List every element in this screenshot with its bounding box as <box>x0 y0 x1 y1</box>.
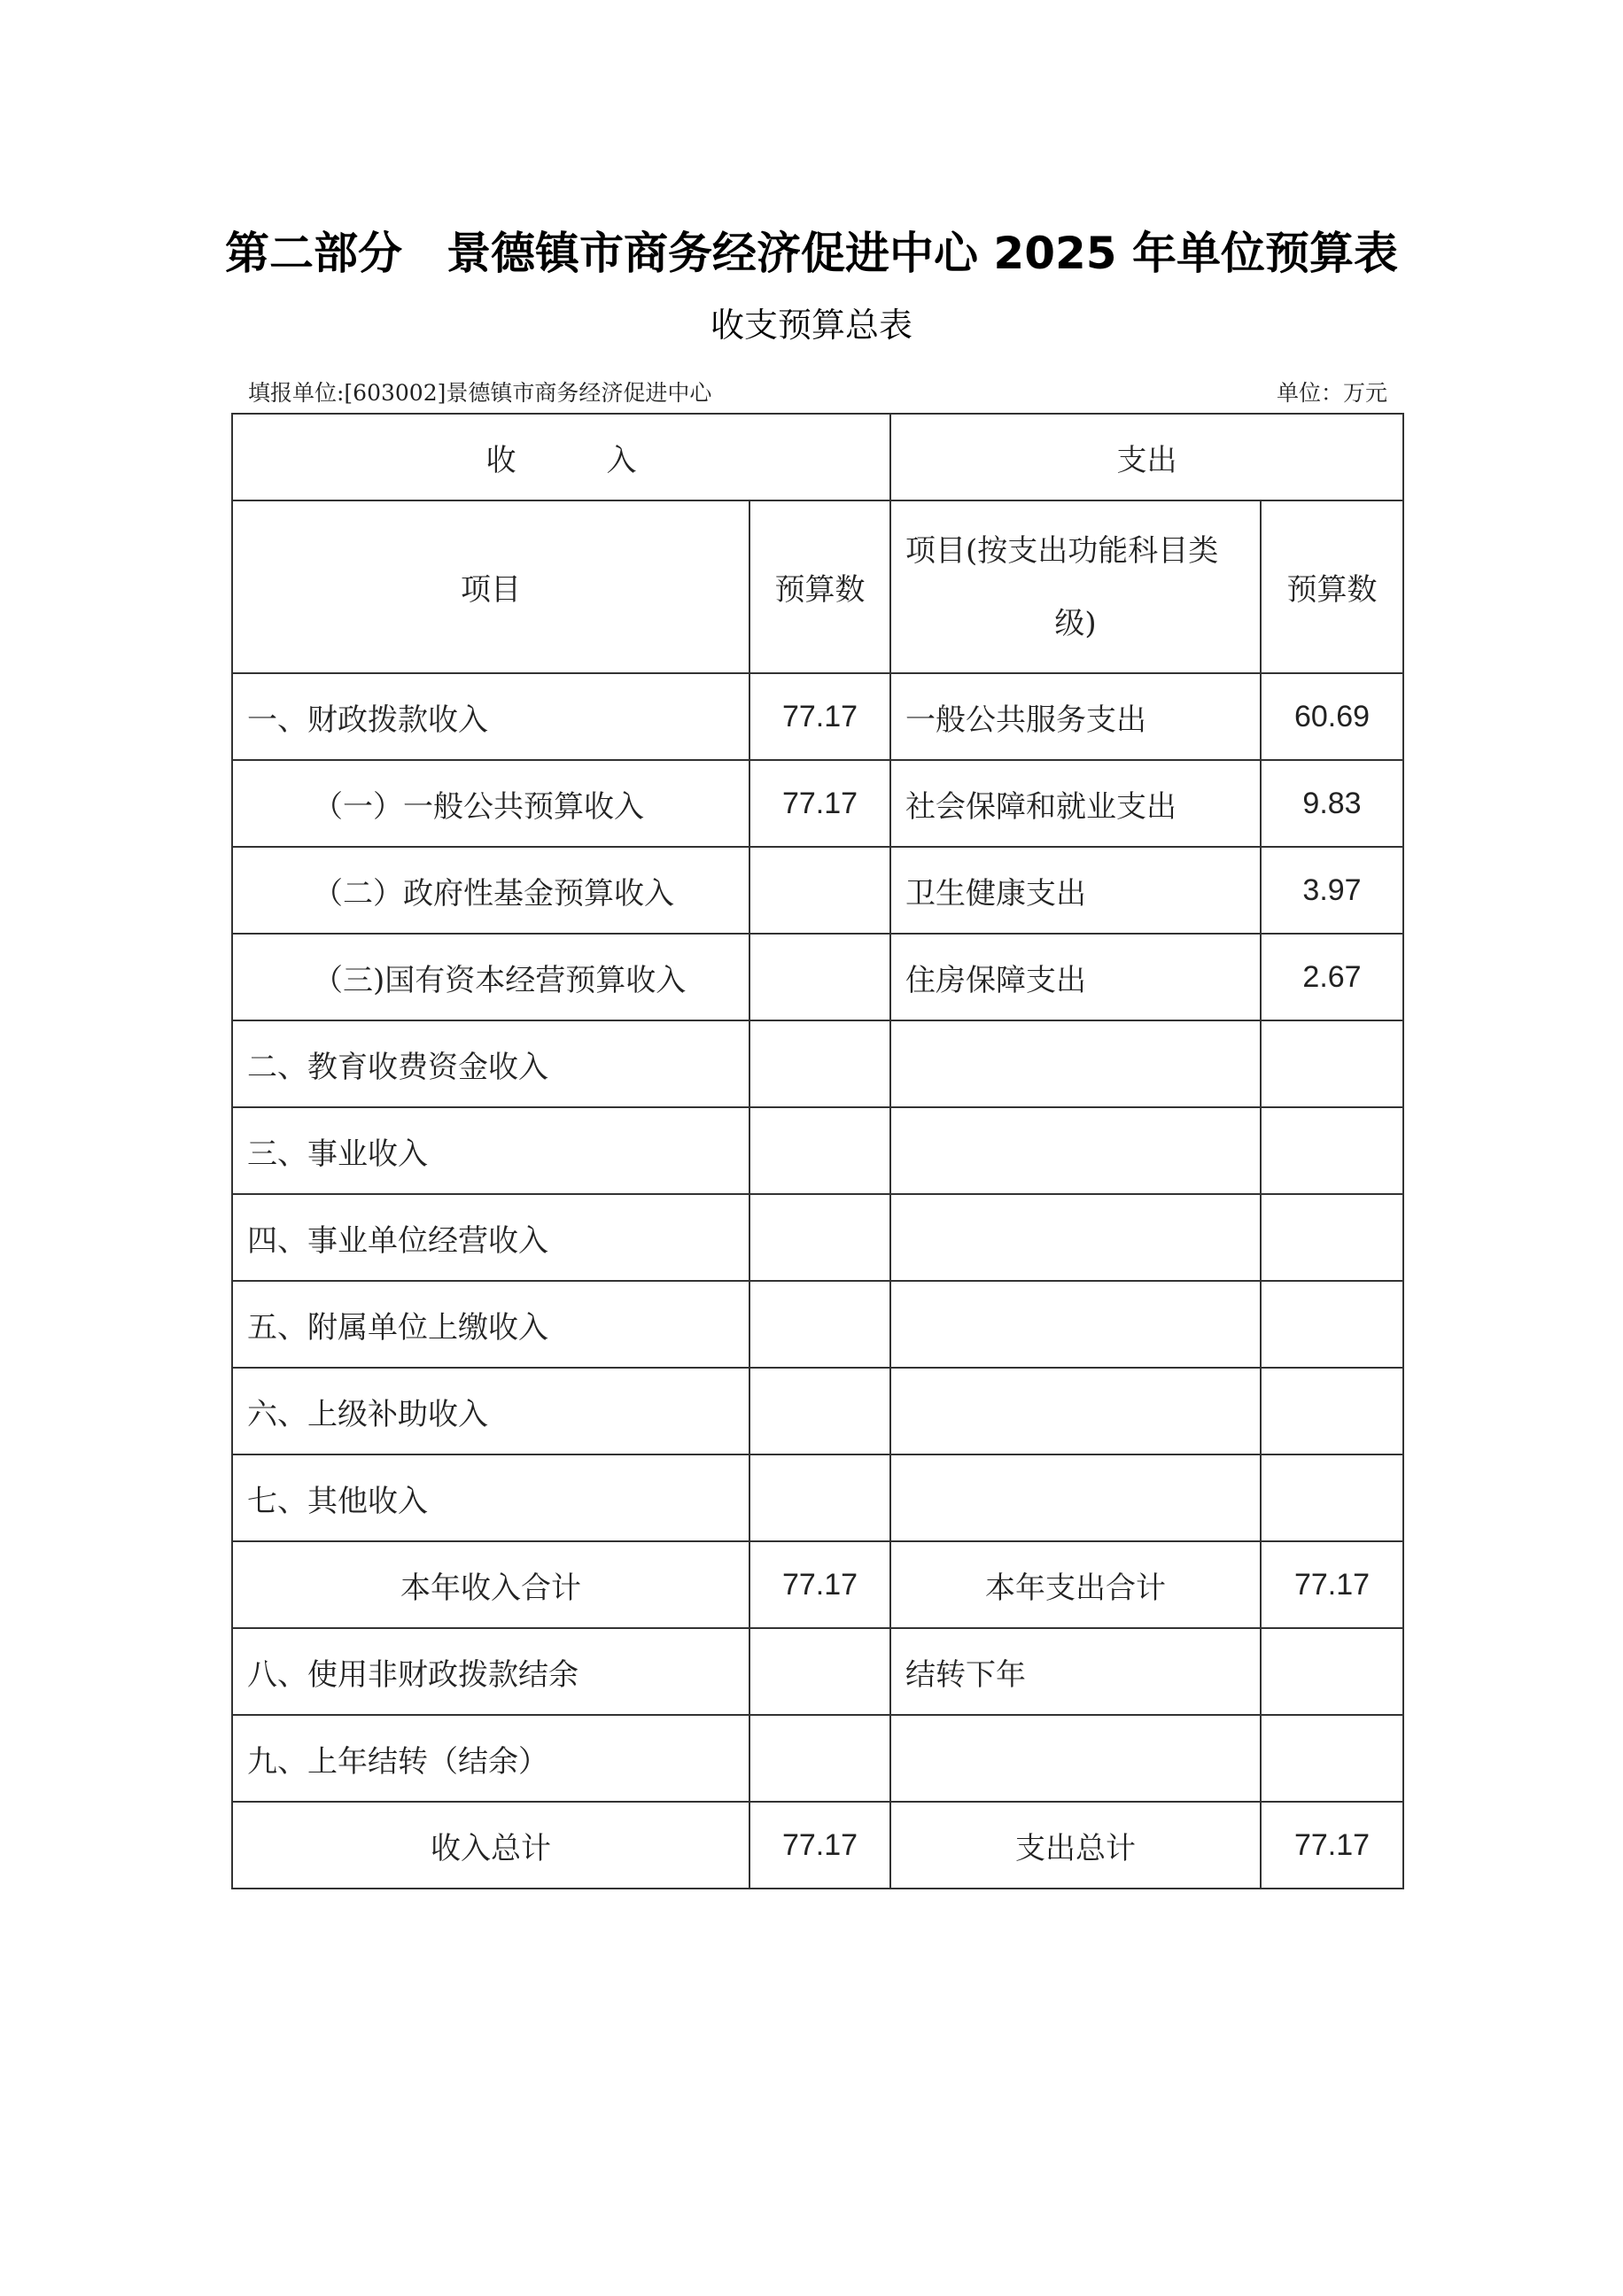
expense-item-header: 项目(按支出功能科目类 级) <box>890 500 1261 673</box>
income-subtotal-label: 本年收入合计 <box>232 1541 749 1628</box>
expense-amount: 9.83 <box>1261 760 1403 847</box>
income-amount <box>749 1454 890 1541</box>
income-amount: 77.17 <box>749 673 890 760</box>
income-item: 五、附属单位上缴收入 <box>232 1281 749 1368</box>
income-item-header: 项目 <box>232 500 749 673</box>
income-amount <box>749 1194 890 1281</box>
expense-item-header-line1: 项目(按支出功能科目类 <box>905 533 1218 569</box>
income-amount <box>749 934 890 1020</box>
expense-amount <box>1261 1020 1403 1107</box>
income-amount <box>749 1628 890 1715</box>
table-row: 一、财政拨款收入 77.17 一般公共服务支出 60.69 <box>232 673 1403 760</box>
income-item: 九、上年结转（结余） <box>232 1715 749 1802</box>
expense-item: 住房保障支出 <box>890 934 1261 1020</box>
income-amount-header: 预算数 <box>749 500 890 673</box>
expense-total-amount: 77.17 <box>1261 1802 1403 1889</box>
expense-item <box>890 1281 1261 1368</box>
table-row: （二）政府性基金预算收入 卫生健康支出 3.97 <box>232 847 1403 934</box>
expense-amount: 60.69 <box>1261 673 1403 760</box>
income-amount <box>749 847 890 934</box>
income-item: 四、事业单位经营收入 <box>232 1194 749 1281</box>
expense-amount <box>1261 1281 1403 1368</box>
section-header-row: 收 入 支出 <box>232 414 1403 500</box>
income-amount <box>749 1368 890 1454</box>
expense-item-header-line2: 级) <box>905 587 1260 660</box>
table-row: （三)国有资本经营预算收入 住房保障支出 2.67 <box>232 934 1403 1020</box>
expense-item <box>890 1020 1261 1107</box>
grand-total-row: 收入总计 77.17 支出总计 77.17 <box>232 1802 1403 1889</box>
expense-amount <box>1261 1454 1403 1541</box>
income-item: （一）一般公共预算收入 <box>232 760 749 847</box>
currency-unit: 单位：万元 <box>1277 376 1387 407</box>
subtotal-row: 本年收入合计 77.17 本年支出合计 77.17 <box>232 1541 1403 1628</box>
income-amount <box>749 1281 890 1368</box>
income-amount <box>749 1107 890 1194</box>
income-item: 六、上级补助收入 <box>232 1368 749 1454</box>
reporting-unit: 填报单位:[603002]景德镇市商务经济促进中心 <box>248 376 711 407</box>
income-amount: 77.17 <box>749 760 890 847</box>
budget-summary-table: 收 入 支出 项目 预算数 项目(按支出功能科目类 级) 预算数 一、财政拨款收… <box>231 413 1404 1889</box>
expense-item: 一般公共服务支出 <box>890 673 1261 760</box>
expense-amount <box>1261 1628 1403 1715</box>
document-title: 第二部分 景德镇市商务经济促进中心 2025 年单位预算表 <box>0 218 1623 282</box>
expense-total-label: 支出总计 <box>890 1802 1261 1889</box>
table-title: 收支预算总表 <box>0 298 1623 346</box>
expense-amount-header: 预算数 <box>1261 500 1403 673</box>
table-row: 六、上级补助收入 <box>232 1368 1403 1454</box>
expense-amount <box>1261 1107 1403 1194</box>
expense-item: 卫生健康支出 <box>890 847 1261 934</box>
table-row: 七、其他收入 <box>232 1454 1403 1541</box>
expense-amount <box>1261 1715 1403 1802</box>
expense-amount <box>1261 1368 1403 1454</box>
income-item: 二、教育收费资金收入 <box>232 1020 749 1107</box>
expense-item <box>890 1194 1261 1281</box>
expense-amount: 2.67 <box>1261 934 1403 1020</box>
expense-amount: 3.97 <box>1261 847 1403 934</box>
income-item: 一、财政拨款收入 <box>232 673 749 760</box>
expense-subtotal-amount: 77.17 <box>1261 1541 1403 1628</box>
expense-section-header: 支出 <box>890 414 1403 500</box>
income-item: 八、使用非财政拨款结余 <box>232 1628 749 1715</box>
expense-subtotal-label: 本年支出合计 <box>890 1541 1261 1628</box>
income-item: 七、其他收入 <box>232 1454 749 1541</box>
table-row: （一）一般公共预算收入 77.17 社会保障和就业支出 9.83 <box>232 760 1403 847</box>
income-subtotal-amount: 77.17 <box>749 1541 890 1628</box>
column-header-row: 项目 预算数 项目(按支出功能科目类 级) 预算数 <box>232 500 1403 673</box>
expense-item: 社会保障和就业支出 <box>890 760 1261 847</box>
table-row: 九、上年结转（结余） <box>232 1715 1403 1802</box>
table-row: 五、附属单位上缴收入 <box>232 1281 1403 1368</box>
income-total-amount: 77.17 <box>749 1802 890 1889</box>
income-item: 三、事业收入 <box>232 1107 749 1194</box>
expense-item <box>890 1368 1261 1454</box>
income-total-label: 收入总计 <box>232 1802 749 1889</box>
table-row: 四、事业单位经营收入 <box>232 1194 1403 1281</box>
income-item: （三)国有资本经营预算收入 <box>232 934 749 1020</box>
table-row: 三、事业收入 <box>232 1107 1403 1194</box>
income-amount <box>749 1715 890 1802</box>
expense-item <box>890 1715 1261 1802</box>
income-section-header: 收 入 <box>232 414 890 500</box>
table-row: 二、教育收费资金收入 <box>232 1020 1403 1107</box>
expense-amount <box>1261 1194 1403 1281</box>
expense-item: 结转下年 <box>890 1628 1261 1715</box>
table-row: 八、使用非财政拨款结余 结转下年 <box>232 1628 1403 1715</box>
expense-item <box>890 1454 1261 1541</box>
income-amount <box>749 1020 890 1107</box>
income-item: （二）政府性基金预算收入 <box>232 847 749 934</box>
expense-item <box>890 1107 1261 1194</box>
